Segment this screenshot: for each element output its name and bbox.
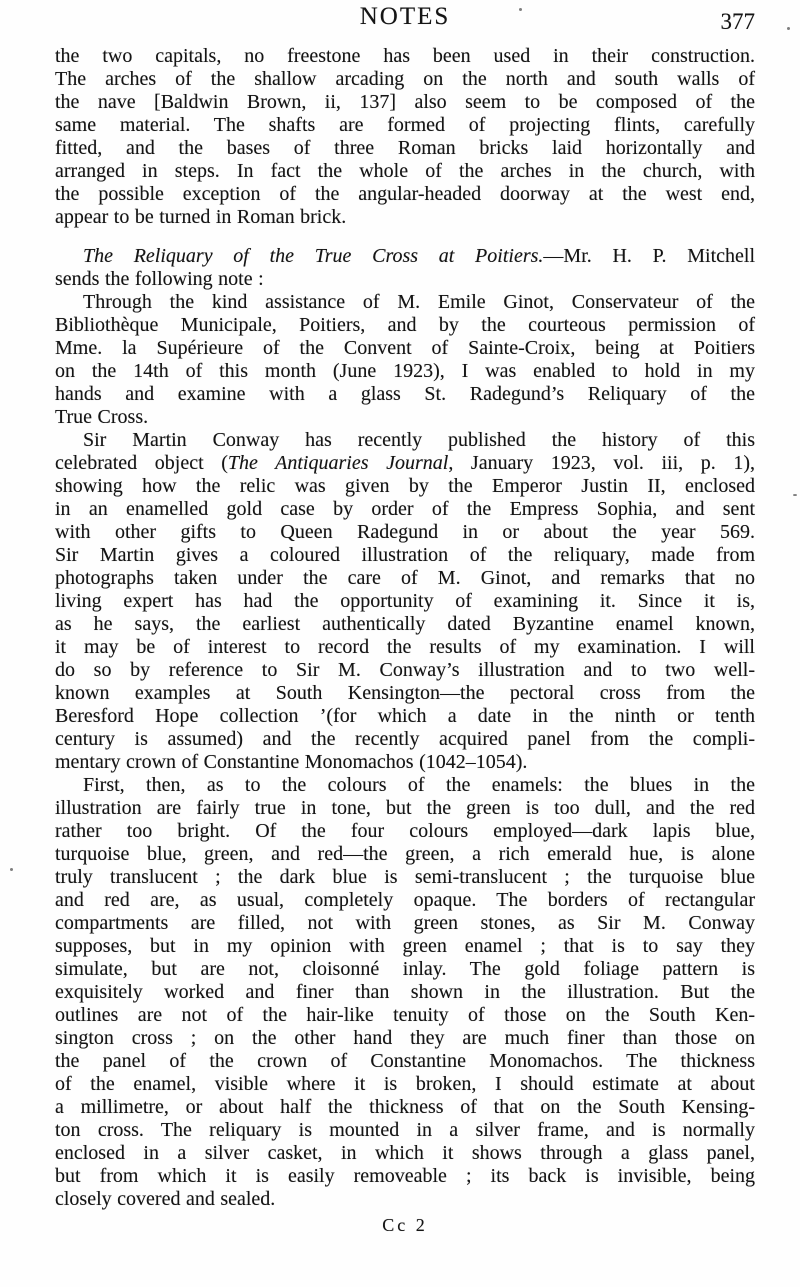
text-line: truly translucent ; the dark blue is sem… xyxy=(55,866,755,889)
page-number: 377 xyxy=(721,8,756,36)
text-line: showing how the relic was given by the E… xyxy=(55,475,755,498)
text-line: but from which it is easily removeable ;… xyxy=(55,1165,755,1188)
text-line: of the enamel, visible where it is broke… xyxy=(55,1073,755,1096)
text-line: sends the following note : xyxy=(55,268,755,291)
text-line: closely covered and sealed. xyxy=(55,1188,755,1211)
printer-signature-mark: Cc 2 xyxy=(55,1214,755,1236)
text-line: the nave [Baldwin Brown, ii, 137] also s… xyxy=(55,91,755,114)
scan-speck xyxy=(10,868,13,871)
paragraph: Sir Martin Conway has recently published… xyxy=(55,429,755,774)
text-line: the panel of the crown of Constantine Mo… xyxy=(55,1050,755,1073)
text-line: on the 14th of this month (June 1923), I… xyxy=(55,360,755,383)
text-line: known examples at South Kensington—the p… xyxy=(55,682,755,705)
text-line: Sir Martin gives a coloured illustration… xyxy=(55,544,755,567)
text-line: enclosed in a silver casket, in which it… xyxy=(55,1142,755,1165)
paragraph: First, then, as to the colours of the en… xyxy=(55,774,755,1211)
page-header: NOTES 377 xyxy=(55,2,755,36)
text-line: and red are, as usual, completely opaque… xyxy=(55,889,755,912)
text-line: ton cross. The reliquary is mounted in a… xyxy=(55,1119,755,1142)
text-column: the two capitals, no freestone has been … xyxy=(55,45,755,1211)
text-line: appear to be turned in Roman brick. xyxy=(55,206,755,229)
text-line: century is assumed) and the recently acq… xyxy=(55,728,755,751)
text-line: as he says, the earliest authentically d… xyxy=(55,613,755,636)
text-line: illustration are fairly true in tone, bu… xyxy=(55,797,755,820)
text-line: a millimetre, or about half the thicknes… xyxy=(55,1096,755,1119)
scan-speck xyxy=(519,8,522,11)
scanned-journal-page: NOTES 377 the two capitals, no freestone… xyxy=(0,0,800,1287)
text-line: Mme. la Supérieure of the Convent of Sai… xyxy=(55,337,755,360)
text-line: Sir Martin Conway has recently published… xyxy=(55,429,755,452)
text-line: it may be of interest to record the resu… xyxy=(55,636,755,659)
text-line: rather too bright. Of the four colours e… xyxy=(55,820,755,843)
text-line: mentary crown of Constantine Monomachos … xyxy=(55,751,755,774)
text-line: do so by reference to Sir M. Conway’s il… xyxy=(55,659,755,682)
text-line: the possible exception of the angular-he… xyxy=(55,183,755,206)
text-line: compartments are filled, not with green … xyxy=(55,912,755,935)
text-line: in an enamelled gold case by order of th… xyxy=(55,498,755,521)
text-line: Bibliothèque Municipale, Poitiers, and b… xyxy=(55,314,755,337)
text-line: with other gifts to Queen Radegund in or… xyxy=(55,521,755,544)
text-line: turquoise blue, green, and red—the green… xyxy=(55,843,755,866)
running-head-title: NOTES xyxy=(55,2,755,32)
text-line: First, then, as to the colours of the en… xyxy=(55,774,755,797)
text-line: The Reliquary of the True Cross at Poiti… xyxy=(55,245,755,268)
text-line: hands and examine with a glass St. Radeg… xyxy=(55,383,755,406)
text-line: sington cross ; on the other hand they a… xyxy=(55,1027,755,1050)
text-line: outlines are not of the hair-like tenuit… xyxy=(55,1004,755,1027)
text-line: celebrated object (The Antiquaries Journ… xyxy=(55,452,755,475)
text-line: fitted, and the bases of three Roman bri… xyxy=(55,137,755,160)
scan-speck xyxy=(787,27,790,30)
paragraph: Through the kind assistance of M. Emile … xyxy=(55,291,755,429)
text-line: The arches of the shallow arcading on th… xyxy=(55,68,755,91)
text-line: exquisitely worked and finer than shown … xyxy=(55,981,755,1004)
text-line: same material. The shafts are formed of … xyxy=(55,114,755,137)
text-line: living expert has had the opportunity of… xyxy=(55,590,755,613)
text-line: arranged in steps. In fact the whole of … xyxy=(55,160,755,183)
text-line: Through the kind assistance of M. Emile … xyxy=(55,291,755,314)
text-line: Beresford Hope collection ’(for which a … xyxy=(55,705,755,728)
text-line: supposes, but in my opinion with green e… xyxy=(55,935,755,958)
text-line: the two capitals, no freestone has been … xyxy=(55,45,755,68)
text-line: simulate, but are not, cloisonné inlay. … xyxy=(55,958,755,981)
text-line: photographs taken under the care of M. G… xyxy=(55,567,755,590)
scan-speck xyxy=(793,494,797,496)
text-line: True Cross. xyxy=(55,406,755,429)
paragraph: the two capitals, no freestone has been … xyxy=(55,45,755,229)
paragraph: The Reliquary of the True Cross at Poiti… xyxy=(55,245,755,291)
